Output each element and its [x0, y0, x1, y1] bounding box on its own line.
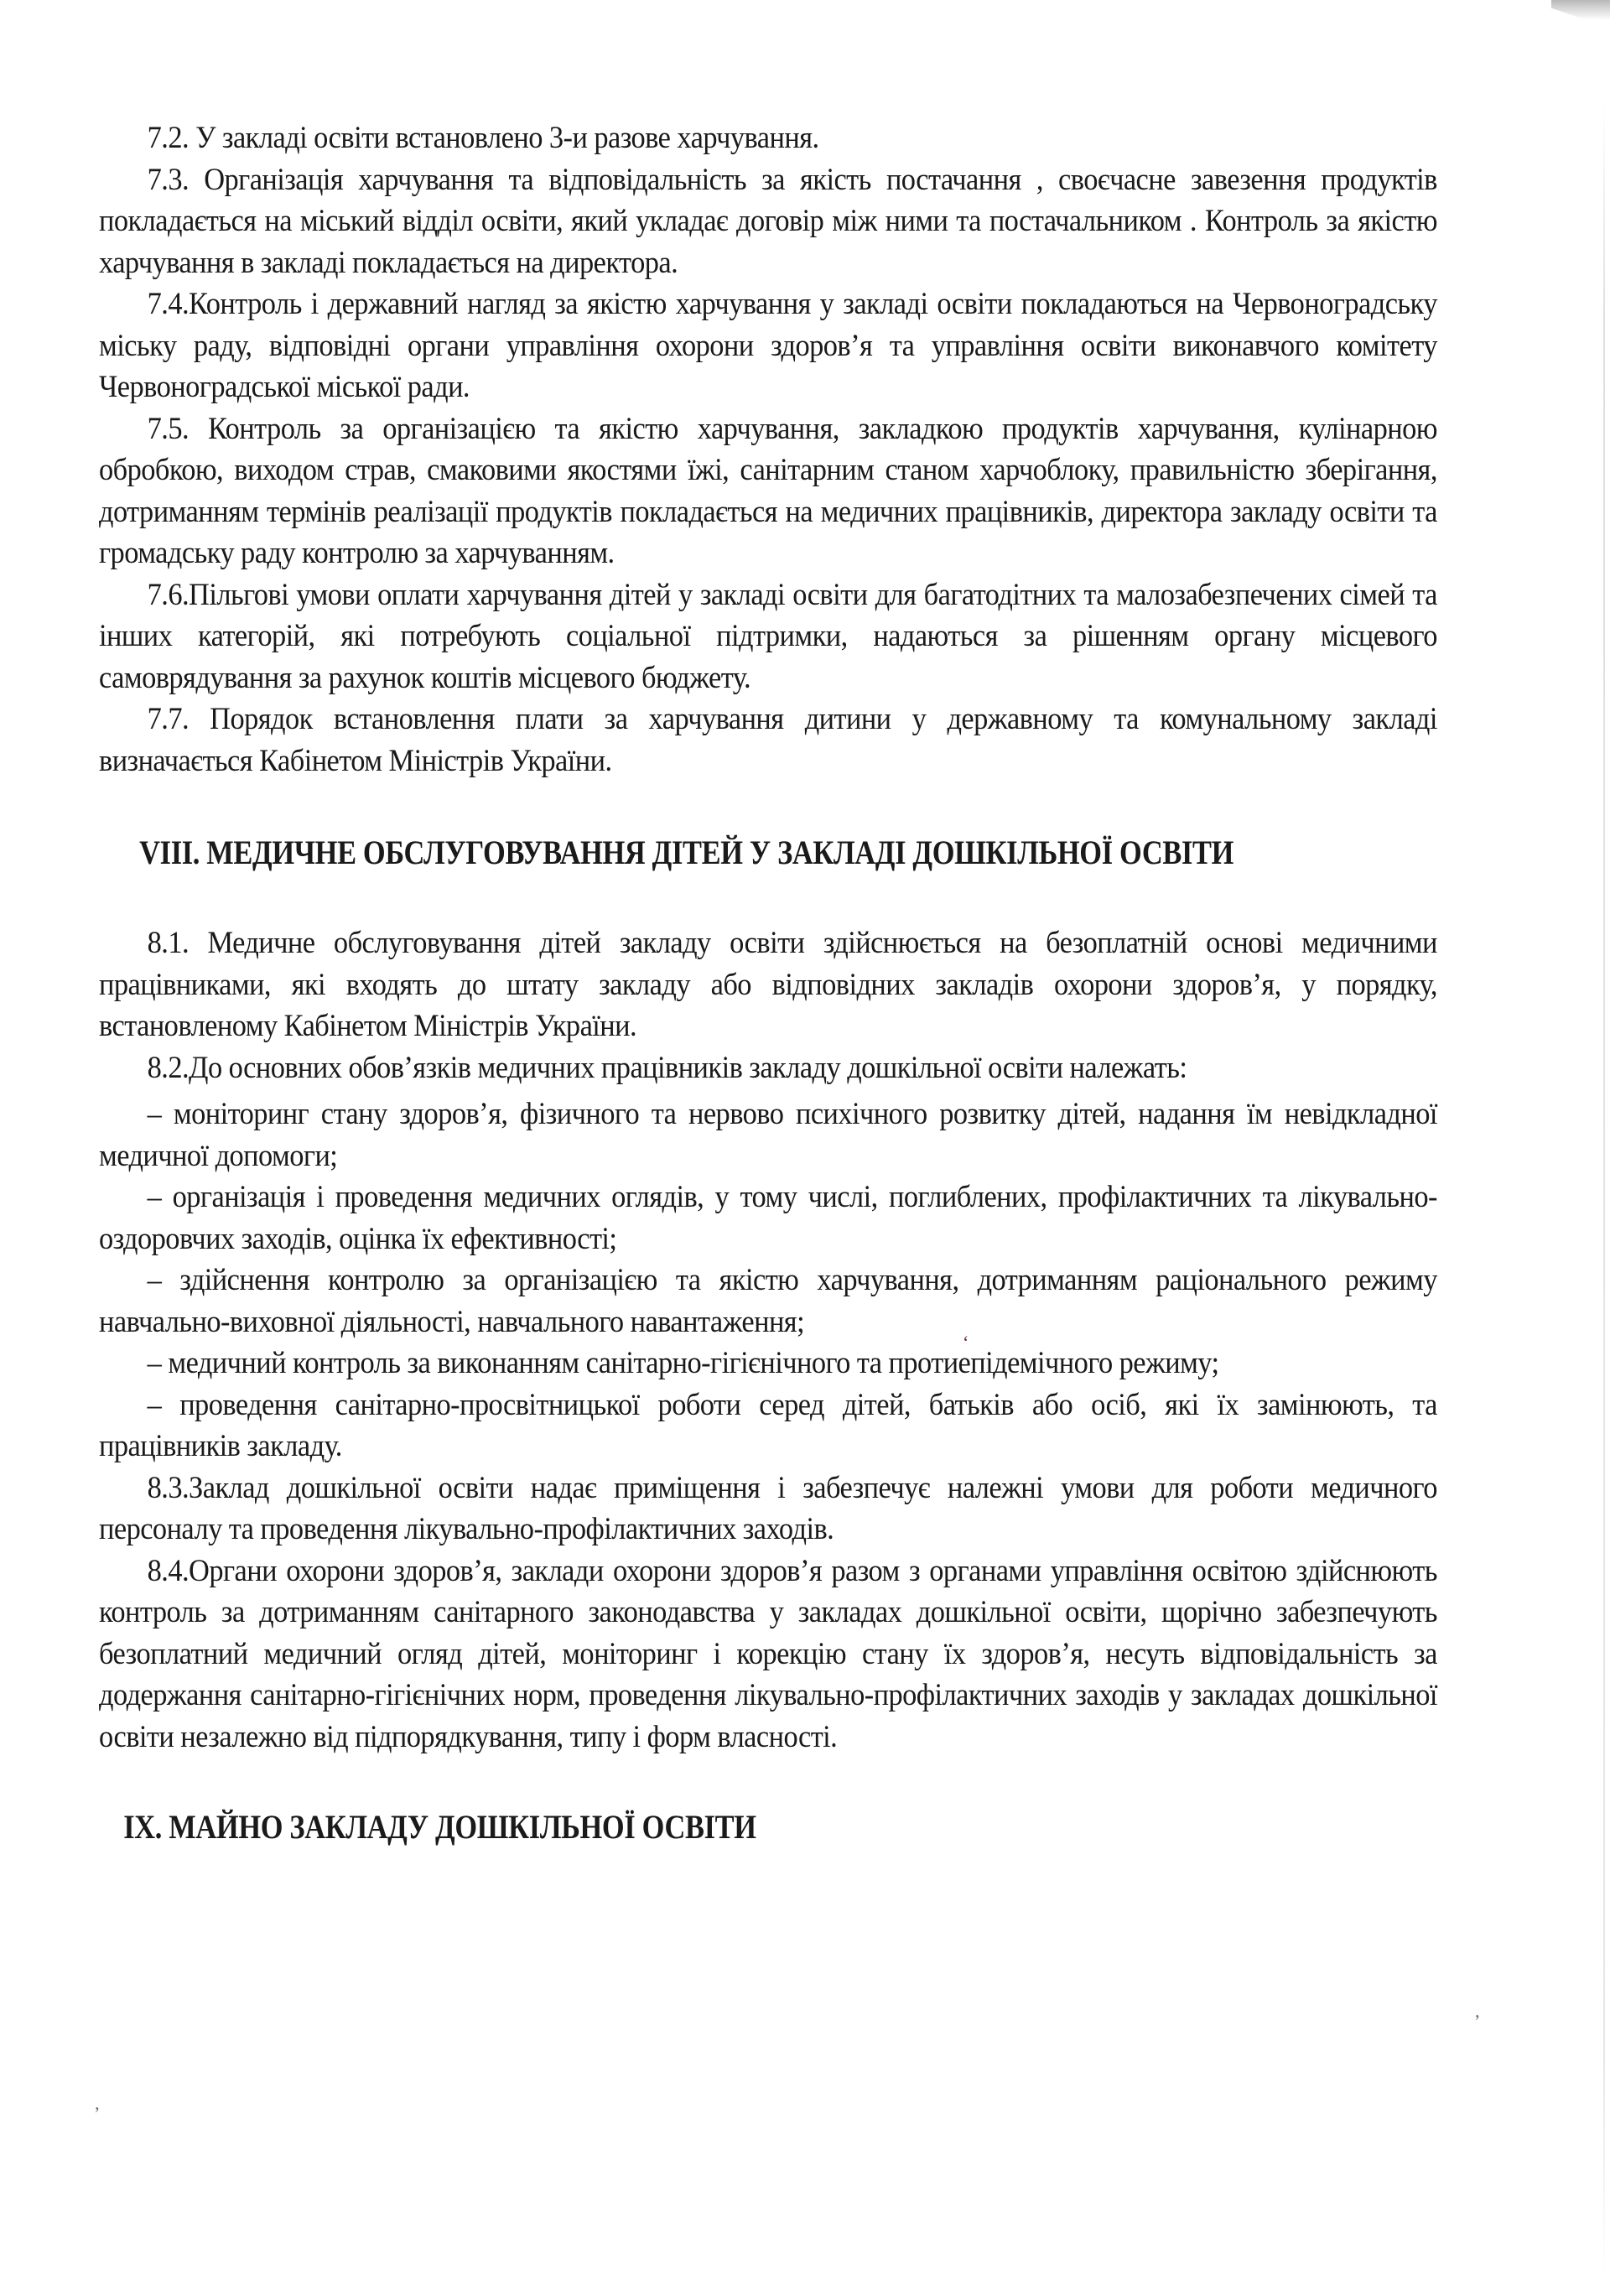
paragraph-7-4: 7.4.Контроль і державний нагляд за якіст… — [99, 283, 1437, 408]
scan-speck: ʼ — [1474, 2011, 1480, 2033]
scan-margin-line — [1603, 101, 1605, 2281]
duty-item-examinations: – організація і проведення медичних огля… — [99, 1177, 1437, 1260]
paragraph-7-6: 7.6.Пільгові умови оплати харчування діт… — [99, 574, 1437, 699]
duty-item-sanitary-control: – медичний контроль за виконанням саніта… — [99, 1343, 1437, 1384]
paragraph-7-7: 7.7. Порядок встановлення плати за харчу… — [99, 699, 1437, 782]
paragraph-8-2: 8.2.До основних обов’язків медичних прац… — [99, 1047, 1437, 1089]
document-page: 7.2. У закладі освіти встановлено 3-и ра… — [99, 117, 1437, 1848]
section-8-heading: VIII. МЕДИЧНЕ ОБСЛУГОВУВАННЯ ДІТЕЙ У ЗАК… — [99, 832, 1495, 874]
paragraph-7-3: 7.3. Організація харчування та відповіда… — [99, 159, 1437, 284]
section-7-food: 7.2. У закладі освіти встановлено 3-и ра… — [99, 117, 1437, 782]
paragraph-8-4: 8.4.Органи охорони здоров’я, заклади охо… — [99, 1551, 1437, 1758]
paragraph-7-5: 7.5. Контроль за організацією та якістю … — [99, 408, 1437, 574]
paragraph-8-3: 8.3.Заклад дошкільної освіти надає примі… — [99, 1467, 1437, 1551]
duty-item-health-education: – проведення санітарно-просвітницької ро… — [99, 1384, 1437, 1467]
section-8-medical: 8.1. Медичне обслуговування дітей заклад… — [99, 922, 1437, 1758]
ink-mark: ʻ — [963, 1332, 969, 1353]
scan-speck: ʼ — [94, 2103, 100, 2125]
duty-item-monitoring: – моніторинг стану здоров’я, фізичного т… — [99, 1093, 1437, 1177]
paragraph-7-2: 7.2. У закладі освіти встановлено 3-и ра… — [99, 117, 1437, 159]
duty-item-nutrition-control: – здійснення контролю за організацією та… — [99, 1260, 1437, 1343]
scan-page-edge — [1551, 0, 1610, 20]
paragraph-8-1: 8.1. Медичне обслуговування дітей заклад… — [99, 922, 1437, 1047]
spacer — [99, 874, 1437, 922]
section-9-heading: IX. МАЙНО ЗАКЛАДУ ДОШКІЛЬНОЇ ОСВІТИ — [99, 1806, 1479, 1848]
duties-list: – моніторинг стану здоров’я, фізичного т… — [99, 1093, 1437, 1467]
